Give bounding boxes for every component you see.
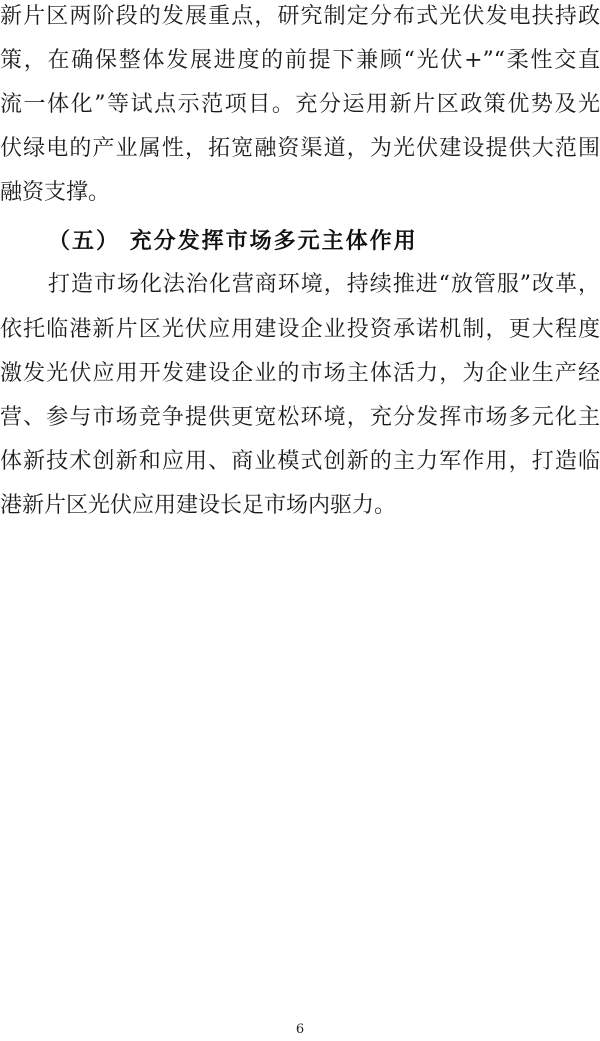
section-heading: （五） 充分发挥市场多元主体作用: [48, 226, 418, 256]
paragraph-line: 伏绿电的产业属性，拓宽融资渠道，为光伏建设提供大范围: [0, 134, 600, 164]
paragraph-line: 流一体化”等试点示范项目。充分运用新片区政策优势及光: [0, 90, 600, 120]
document-page: 新片区两阶段的发展重点，研究制定分布式光伏发电扶持政 策，在确保整体发展进度的前…: [0, 0, 600, 1041]
paragraph-line: 港新片区光伏应用建设长足市场内驱力。: [0, 491, 600, 521]
paragraph-line: 打造市场化法治化营商环境，持续推进“放管服”改革，: [48, 270, 600, 300]
paragraph-line: 体新技术创新和应用、商业模式创新的主力军作用，打造临: [0, 447, 600, 477]
paragraph-line: 激发光伏应用开发建设企业的市场主体活力，为企业生产经: [0, 359, 600, 389]
paragraph-line: 融资支撑。: [0, 178, 600, 208]
paragraph-line: 策，在确保整体发展进度的前提下兼顾“光伏+”“柔性交直: [0, 46, 600, 76]
paragraph-line: 新片区两阶段的发展重点，研究制定分布式光伏发电扶持政: [0, 2, 600, 32]
paragraph-line: 营、参与市场竞争提供更宽松环境，充分发挥市场多元化主: [0, 403, 600, 433]
page-number: 6: [0, 1022, 600, 1038]
paragraph-line: 依托临港新片区光伏应用建设企业投资承诺机制，更大程度: [0, 315, 600, 345]
